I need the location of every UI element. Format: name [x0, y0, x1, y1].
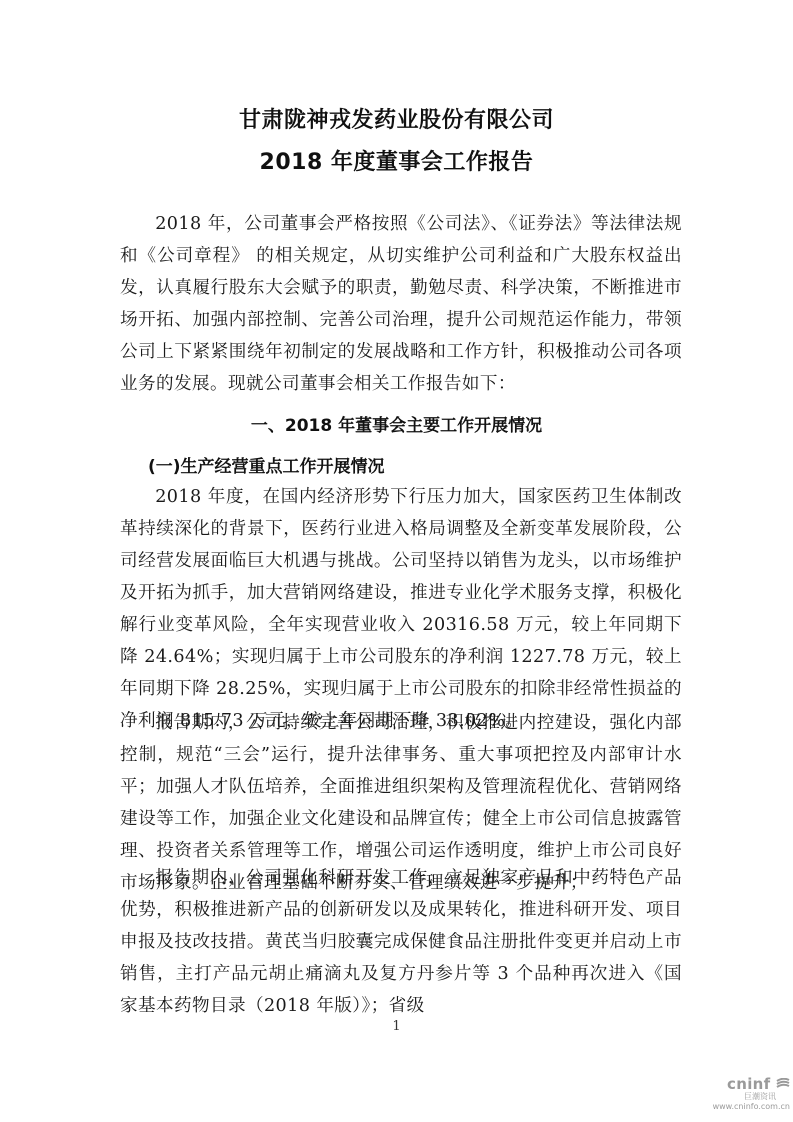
watermark-logo-text: cninf	[727, 1075, 770, 1093]
watermark-url: www.cninfo.com.cn	[700, 1102, 790, 1112]
watermark-logo: cninf	[700, 1076, 790, 1092]
page-number: 1	[0, 1019, 793, 1034]
company-title: 甘肃陇神戎发药业股份有限公司	[0, 103, 793, 134]
swirl-icon	[776, 1077, 790, 1089]
document-page: 甘肃陇神戎发药业股份有限公司 2018 年度董事会工作报告 2018 年，公司董…	[0, 0, 793, 1122]
cninfo-watermark: cninf 巨潮资讯 www.cninfo.com.cn	[700, 1076, 790, 1112]
watermark-chinese-name: 巨潮资讯	[700, 1092, 776, 1102]
operations-paragraph: 2018 年度，在国内经济形势下行压力加大，国家医药卫生体制改革持续深化的背景下…	[120, 481, 682, 737]
sub-heading: (一)生产经营重点工作开展情况	[148, 452, 385, 477]
research-paragraph: 报告期内，公司强化科研开发工作，立足独家产品和中药特色产品优势，积极推进新产品的…	[120, 862, 682, 1022]
intro-paragraph: 2018 年，公司董事会严格按照《公司法》、《证券法》等法律法规和《公司章程》 …	[120, 208, 682, 400]
report-title: 2018 年度董事会工作报告	[0, 145, 793, 176]
section-heading: 一、2018 年董事会主要工作开展情况	[0, 411, 793, 436]
